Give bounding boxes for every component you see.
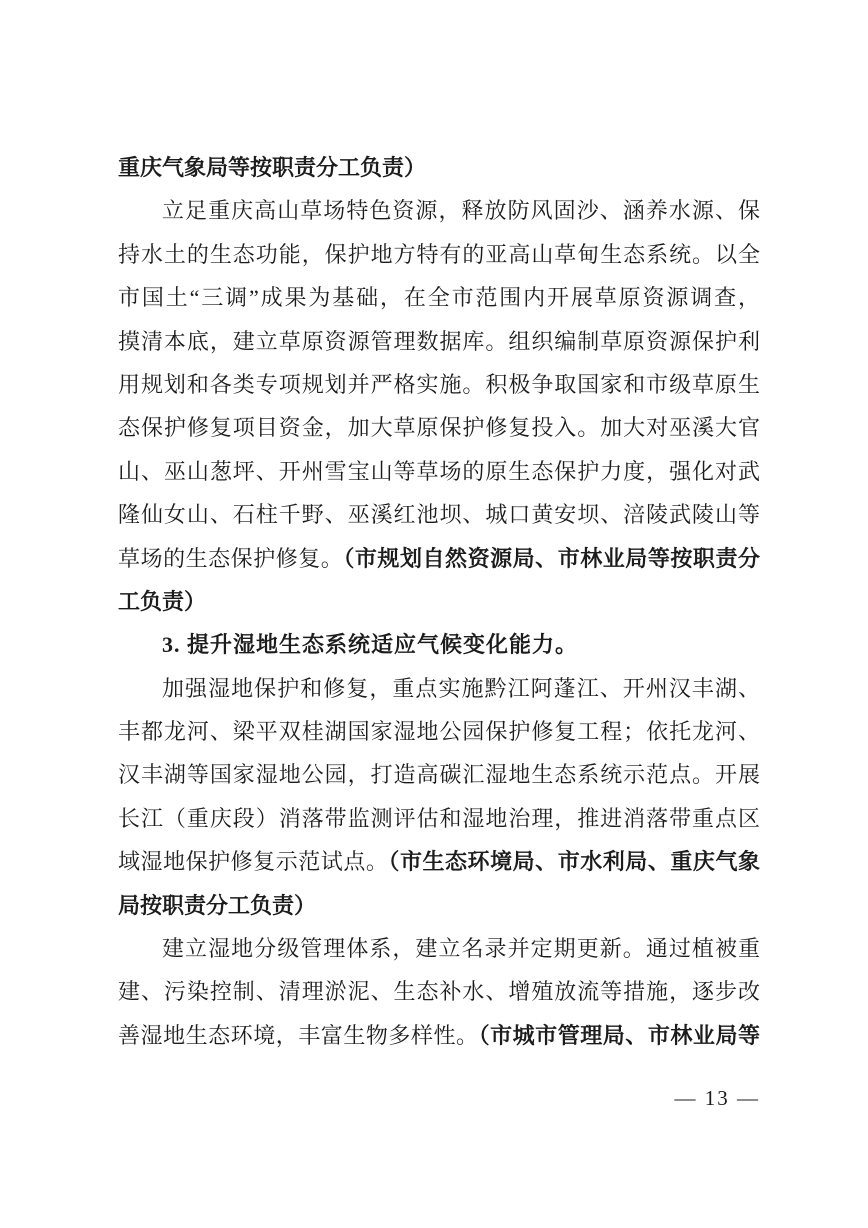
responsibility-clause-text: （市规划自然资源局、市林业局等按职责分 xyxy=(343,546,760,571)
body-text: 摸清本底，建立草原资源管理数据库。组织编制草原资源保护利 xyxy=(118,329,760,354)
responsibility-clause-text: 工负责） xyxy=(118,589,206,614)
text-line: 长江（重庆段）消落带监测评估和湿地治理，推进消落带重点区 xyxy=(118,797,760,840)
body-text: 隆仙女山、石柱千野、巫溪红池坝、城口黄安坝、涪陵武陵山等 xyxy=(118,502,760,527)
body-text: 立足重庆高山草场特色资源，释放防风固沙、涵养水源、保 xyxy=(162,198,760,223)
body-text: 丰都龙河、梁平双桂湖国家湿地公园保护修复工程；依托龙河、 xyxy=(118,719,760,744)
text-line: 重庆气象局等按职责分工负责） xyxy=(118,146,760,189)
body-text: 山、巫山葱坪、开州雪宝山等草场的原生态保护力度，强化对武 xyxy=(118,459,760,484)
text-line: 市国土“三调”成果为基础，在全市范围内开展草原资源调查， xyxy=(118,276,760,319)
body-text: 善湿地生态环境，丰富生物多样性。 xyxy=(118,1023,479,1048)
text-line: 态保护修复项目资金，加大草原保护修复投入。加大对巫溪大官 xyxy=(118,406,760,449)
text-line: 加强湿地保护和修复，重点实施黔江阿蓬江、开州汉丰湖、 xyxy=(118,667,760,710)
document-body: 重庆气象局等按职责分工负责）立足重庆高山草场特色资源，释放防风固沙、涵养水源、保… xyxy=(118,146,760,1057)
text-line: 汉丰湖等国家湿地公园，打造高碳汇湿地生态系统示范点。开展 xyxy=(118,753,760,796)
text-line: 摸清本底，建立草原资源管理数据库。组织编制草原资源保护利 xyxy=(118,320,760,363)
text-line: 用规划和各类专项规划并严格实施。积极争取国家和市级草原生 xyxy=(118,363,760,406)
heading-line: 3. 提升湿地生态系统适应气候变化能力。 xyxy=(118,623,760,666)
text-line: 隆仙女山、石柱千野、巫溪红池坝、城口黄安坝、涪陵武陵山等 xyxy=(118,493,760,536)
text-line: 域湿地保护修复示范试点。（市生态环境局、市水利局、重庆气象 xyxy=(118,840,760,883)
responsibility-clause-text: （市城市管理局、市林业局等 xyxy=(479,1023,760,1048)
responsibility-clause-text: 重庆气象局等按职责分工负责） xyxy=(118,155,426,180)
text-line: 工负责） xyxy=(118,580,760,623)
body-text: 建立湿地分级管理体系，建立名录并定期更新。通过植被重 xyxy=(162,936,760,961)
body-text: 态保护修复项目资金，加大草原保护修复投入。加大对巫溪大官 xyxy=(118,415,760,440)
text-line: 建、污染控制、清理淤泥、生态补水、增殖放流等措施，逐步改 xyxy=(118,970,760,1013)
page-number: — 13 — xyxy=(675,1086,761,1111)
page: 重庆气象局等按职责分工负责）立足重庆高山草场特色资源，释放防风固沙、涵养水源、保… xyxy=(0,0,868,1228)
text-line: 善湿地生态环境，丰富生物多样性。（市城市管理局、市林业局等 xyxy=(118,1014,760,1057)
responsibility-clause-text: 3. 提升湿地生态系统适应气候变化能力。 xyxy=(162,632,578,657)
body-text: 草场的生态保护修复。 xyxy=(118,546,343,571)
responsibility-clause-text: 局按职责分工负责） xyxy=(118,893,316,918)
text-line: 建立湿地分级管理体系，建立名录并定期更新。通过植被重 xyxy=(118,927,760,970)
body-text: 建、污染控制、清理淤泥、生态补水、增殖放流等措施，逐步改 xyxy=(118,979,760,1004)
body-text: 域湿地保护修复示范试点。 xyxy=(118,849,388,874)
responsibility-clause-text: （市生态环境局、市水利局、重庆气象 xyxy=(388,849,760,874)
body-text: 汉丰湖等国家湿地公园，打造高碳汇湿地生态系统示范点。开展 xyxy=(118,762,760,787)
text-line: 山、巫山葱坪、开州雪宝山等草场的原生态保护力度，强化对武 xyxy=(118,450,760,493)
body-text: 持水土的生态功能，保护地方特有的亚高山草甸生态系统。以全 xyxy=(118,242,760,267)
body-text: 加强湿地保护和修复，重点实施黔江阿蓬江、开州汉丰湖、 xyxy=(162,676,760,701)
body-text: 长江（重庆段）消落带监测评估和湿地治理，推进消落带重点区 xyxy=(118,806,760,831)
body-text: 用规划和各类专项规划并严格实施。积极争取国家和市级草原生 xyxy=(118,372,760,397)
text-line: 丰都龙河、梁平双桂湖国家湿地公园保护修复工程；依托龙河、 xyxy=(118,710,760,753)
text-line: 局按职责分工负责） xyxy=(118,884,760,927)
text-line: 持水土的生态功能，保护地方特有的亚高山草甸生态系统。以全 xyxy=(118,233,760,276)
body-text: 市国土“三调”成果为基础，在全市范围内开展草原资源调查， xyxy=(118,285,760,310)
text-line: 草场的生态保护修复。（市规划自然资源局、市林业局等按职责分 xyxy=(118,537,760,580)
text-line: 立足重庆高山草场特色资源，释放防风固沙、涵养水源、保 xyxy=(118,189,760,232)
